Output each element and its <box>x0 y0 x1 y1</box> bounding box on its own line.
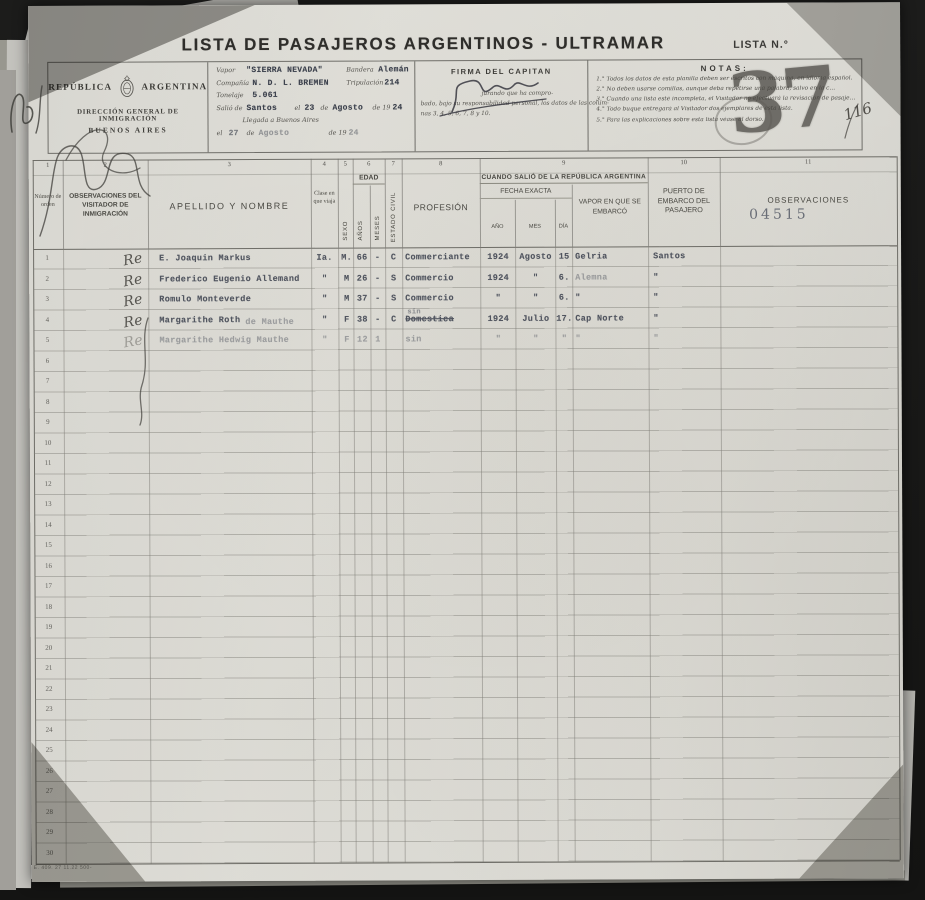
column-number: 11 <box>798 159 818 166</box>
row-number: 19 <box>35 623 63 631</box>
col-header-fecha-exacta: FECHA EXACTA <box>480 188 572 199</box>
column-number: 10 <box>674 159 694 166</box>
row-number: 20 <box>35 643 63 651</box>
compania-value: N. D. L. BREMEN <box>252 78 346 87</box>
row-number: 28 <box>35 807 63 815</box>
cell-ano: 1924 <box>481 267 515 288</box>
el-label: el <box>294 103 304 111</box>
row-number: 22 <box>35 684 63 692</box>
column-number: 9 <box>554 160 574 167</box>
col-header-cuando-salio: CUANDO SALIÓ DE LA REPÚBLICA ARGENTINA <box>480 173 648 184</box>
column-number: 8 <box>431 160 451 167</box>
cell-estado-civil: S <box>385 288 402 309</box>
llegada-el-label: el <box>217 129 229 137</box>
col-header-sexo: SEXO <box>343 221 349 241</box>
form-print-code: E. 409. 27 11.22 500- <box>34 865 92 871</box>
salio-day: 23 <box>304 103 320 112</box>
cell-meses: - <box>370 268 385 289</box>
row-number: 13 <box>34 500 62 508</box>
cell-ano: " <box>481 288 515 309</box>
cell-mes: Julio <box>516 308 555 329</box>
row-number: 10 <box>34 438 62 446</box>
row-number: 21 <box>35 664 63 672</box>
tripulacion-value: 214 <box>384 78 399 87</box>
registry-stamp: 04515 <box>729 207 829 223</box>
grid-vline <box>648 157 649 246</box>
cell-mes: " <box>516 329 555 350</box>
cell-meses: 1 <box>370 329 385 350</box>
row-number: 30 <box>36 848 64 856</box>
cell-ano: " <box>481 329 515 350</box>
col-header-estado-civil: ESTADO CIVIL <box>391 192 397 243</box>
document-sheet: LISTA DE PASAJEROS ARGENTINOS - ULTRAMAR… <box>28 2 904 882</box>
cell-puerto: Santos <box>653 246 721 267</box>
compania-label: Compañía <box>216 79 252 87</box>
page-title: LISTA DE PASAJEROS ARGENTINOS - ULTRAMAR <box>158 33 688 55</box>
cell-visitor-mark: Re <box>122 328 159 354</box>
col-header-profesion: PROFESIÓN <box>402 202 480 212</box>
col-header-vapor-embarco: VAPOR EN QUE SE EMBARCÓ <box>576 197 644 216</box>
agency-line2: DIRECCIÓN GENERAL DE INMIGRACIÓN <box>48 108 207 123</box>
cell-mes: " <box>516 288 555 309</box>
cell-estado-civil: S <box>385 268 402 289</box>
cell-dia: 17. <box>555 308 573 329</box>
grid-vline <box>311 159 312 248</box>
cell-vapor: " <box>575 287 648 308</box>
col-header-puerto-embarco: PUERTO DE EMBARCO DEL PASAJERO <box>650 186 718 215</box>
row-number: 6 <box>34 356 62 364</box>
row-number: 23 <box>35 705 63 713</box>
col-header-observaciones-visitador: OBSERVACIONES DEL VISITADOR DE INMIGRACI… <box>65 191 146 218</box>
table-header: Número de orden OBSERVACIONES DEL VISITA… <box>28 2 900 6</box>
cell-name: E. Joaquin Markus <box>159 248 311 269</box>
row-number: 18 <box>35 602 63 610</box>
captain-fine-print: jurando que ha compro- <box>482 91 554 97</box>
salio-year: 24 <box>392 103 402 112</box>
vapor-value: "SIERRA NEVADA" <box>246 66 346 75</box>
vapor-label: Vapor <box>216 66 246 74</box>
row-number: 12 <box>34 479 62 487</box>
agency-box: REPÚBLICA ARGENTINA DIRECCIÓN GENERAL DE… <box>48 62 208 153</box>
cell-ano: 1924 <box>481 308 515 329</box>
col-header-dia: DÍA <box>555 224 572 230</box>
llegada-de19-label: de 19 <box>329 128 349 136</box>
page-stack-edge <box>0 70 16 890</box>
scan-background: LISTA DE PASAJEROS ARGENTINOS - ULTRAMAR… <box>0 0 925 900</box>
cell-puerto: " <box>653 287 721 308</box>
cell-ano: 1924 <box>481 247 515 268</box>
tonelaje-label: Tonelaje <box>216 91 252 99</box>
grid-vline <box>353 159 354 248</box>
llegada-year: 24 <box>349 128 359 137</box>
cell-meses: - <box>370 288 385 309</box>
row-number: 25 <box>35 746 63 754</box>
col-header-anos: AÑOS <box>358 220 364 240</box>
cell-profesion: Commercio <box>405 268 481 289</box>
grid-vline <box>572 185 573 247</box>
ship-info-box: Vapor "SIERRA NEVADA" Bandera Alemán Com… <box>208 61 416 152</box>
cell-puerto: " <box>653 307 721 328</box>
cell-mes: " <box>516 267 555 288</box>
row-number: 24 <box>35 725 63 733</box>
row-number: 8 <box>34 397 62 405</box>
cell-dia: 6. <box>555 288 573 309</box>
cell-vapor: Cap Norte <box>575 308 648 329</box>
cell-profesion-note: sin <box>407 307 447 317</box>
cell-vapor: Alemna <box>575 267 648 288</box>
cell-dia: 6. <box>555 267 573 288</box>
tripulacion-label: Tripulación <box>346 78 384 86</box>
cell-dia: 15 <box>555 247 573 268</box>
captain-fine-print: nas 3, 4, 5, 6, 7, 8 y 10. <box>421 111 491 117</box>
row-number: 7 <box>34 377 62 385</box>
table-grid <box>28 2 900 6</box>
cell-name: Romulo Monteverde <box>159 289 311 310</box>
cell-clase: " <box>312 268 337 289</box>
salio-label: Salió de <box>216 104 246 112</box>
col-header-numero-orden: Número de orden <box>34 194 62 209</box>
cell-mes: Agosto <box>516 247 555 268</box>
column-number: 6 <box>359 160 379 167</box>
row-number: 15 <box>34 541 62 549</box>
col-header-edad: EDAD <box>353 174 385 184</box>
cell-puerto: " <box>653 328 721 349</box>
column-number: 5 <box>335 161 355 168</box>
column-number: 3 <box>219 161 239 168</box>
row-number: 14 <box>34 520 62 528</box>
cell-name: Frederico Eugenio Allemand <box>159 268 311 289</box>
llegada-de-label: de <box>247 128 259 136</box>
cell-profesion: Commerciante <box>405 247 481 268</box>
bandera-label: Bandera <box>346 65 378 73</box>
cell-estado-civil: C <box>385 247 402 268</box>
captain-signature-box: FIRMA DEL CAPITAN jurando que ha compro-… <box>415 61 588 152</box>
agency-line1-right: ARGENTINA <box>142 81 208 91</box>
cell-dia: " <box>555 329 573 350</box>
tonelaje-value: 5.061 <box>252 91 278 100</box>
agency-line3: BUENOS AIRES <box>49 125 208 135</box>
row-number: 16 <box>34 561 62 569</box>
cell-vapor: " <box>575 328 648 349</box>
grid-vline <box>480 158 481 247</box>
column-number: 2 <box>95 162 115 169</box>
row-number: 9 <box>34 418 62 426</box>
col-header-clase: Clase en que viaja <box>313 191 336 206</box>
grid-hline <box>33 171 897 176</box>
row-number: 11 <box>34 459 62 467</box>
cell-name: Margarithe Hedwig Mauthe <box>159 330 311 351</box>
grid-vline <box>385 158 386 247</box>
cell-vapor: Gelria <box>575 246 648 267</box>
row-number: 26 <box>35 766 63 774</box>
column-number: 1 <box>38 162 58 169</box>
salio-port: Santos <box>246 103 294 112</box>
bandera-value: Alemán <box>378 65 409 74</box>
column-number: 4 <box>314 161 334 168</box>
passenger-row: ReMargarithe Hedwig Mauthe"F121sin""""" <box>33 327 897 351</box>
col-header-observaciones: OBSERVACIONES <box>720 195 897 205</box>
llegada-month: Agosto <box>259 128 301 137</box>
row-number: 29 <box>36 828 64 836</box>
row-number: 17 <box>35 582 63 590</box>
cell-clase: Ia. <box>312 248 337 269</box>
lista-n-label: LISTA N.° <box>733 39 789 51</box>
llegada-label: Llegada a Buenos Aires <box>242 116 318 124</box>
grid-vline <box>370 186 371 248</box>
de19-label: de 19 <box>372 103 392 111</box>
agency-line1-left: REPÚBLICA <box>48 82 112 92</box>
cell-clase: " <box>312 330 337 351</box>
cell-profesion: sin <box>405 329 481 350</box>
row-number: 27 <box>35 787 63 795</box>
col-header-meses: MESES <box>375 215 381 240</box>
llegada-day: 27 <box>229 129 247 138</box>
table-body: 1234567891011121314151617181920212223242… <box>33 245 900 864</box>
captain-box-title: FIRMA DEL CAPITAN <box>415 67 587 77</box>
cell-estado-civil: C <box>385 309 402 330</box>
grid-hline <box>33 156 897 161</box>
cell-clase: " <box>312 309 337 330</box>
captain-fine-print: bado, bajo su responsabilidad personal, … <box>421 100 609 107</box>
col-header-mes: MES <box>515 224 555 230</box>
col-header-ano: AÑO <box>480 224 515 230</box>
cell-puerto: " <box>653 266 721 287</box>
grid-vline <box>338 159 339 248</box>
coat-of-arms-icon <box>118 73 135 101</box>
cell-meses: - <box>370 247 385 268</box>
grid-vline <box>63 160 64 249</box>
cell-meses: - <box>370 309 385 330</box>
column-number: 7 <box>383 160 403 167</box>
salio-month: Agosto <box>332 103 372 112</box>
col-header-apellido-nombre: APELLIDO Y NOMBRE <box>148 201 311 212</box>
cell-clase: " <box>312 289 337 310</box>
de-label: de <box>320 103 332 111</box>
